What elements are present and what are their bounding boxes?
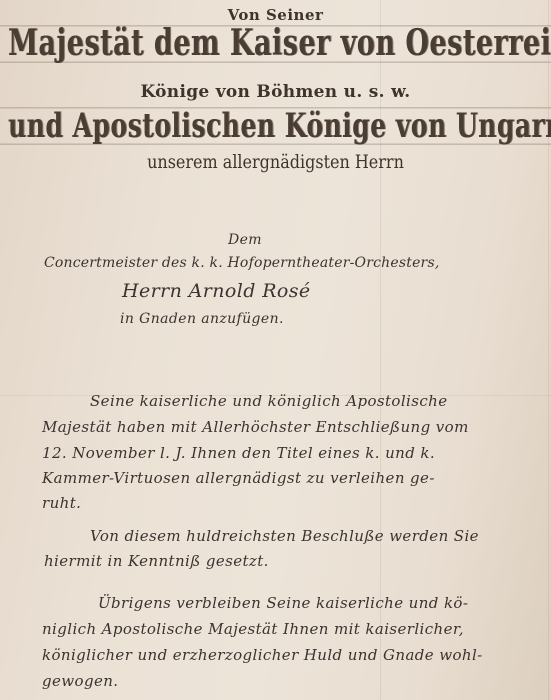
header-title-kaiser: Majestät dem Kaiser von Oesterreich, — [0, 25, 551, 63]
header-line-1: Von Seiner — [0, 6, 551, 24]
paragraph-line: 12. November l. J. Ihnen den Titel eines… — [42, 444, 435, 462]
paragraph-line: Von diesem huldreichsten Beschluße werde… — [90, 527, 479, 545]
header-line-4: und Apostolischen Könige von Ungarn, — [0, 112, 551, 140]
address-line-1: Dem — [228, 232, 262, 248]
paragraph-line: Majestät haben mit Allerhöchster Entschl… — [42, 418, 469, 436]
paragraph-line: niglich Apostolische Majestät Ihnen mit … — [42, 620, 464, 638]
recipient-name: Herrn Arnold Rosé — [122, 280, 311, 302]
paragraph-line: ruht. — [42, 494, 81, 512]
header-line-5: unserem allergnädigsten Herrn — [0, 151, 551, 173]
address-line-4: in Gnaden anzufügen. — [120, 311, 284, 327]
header-title-ungarn: und Apostolischen Könige von Ungarn, — [0, 107, 551, 145]
header-line-3: Könige von Böhmen u. s. w. — [0, 82, 551, 102]
paragraph-line: hiermit in Kenntniß gesetzt. — [44, 552, 269, 570]
paragraph-line: Kammer-Virtuosen allergnädigst zu verlei… — [42, 469, 435, 487]
paragraph-line: königlicher und erzherzoglicher Huld und… — [42, 646, 483, 664]
paragraph-line: Übrigens verbleiben Seine kaiserliche un… — [98, 594, 468, 612]
header-line-2: Majestät dem Kaiser von Oesterreich, — [0, 30, 551, 58]
paragraph-line: gewogen. — [42, 672, 118, 690]
paragraph-line: Seine kaiserliche und königlich Apostoli… — [90, 392, 447, 410]
address-line-2: Concertmeister des k. k. Hofoperntheater… — [44, 255, 439, 271]
